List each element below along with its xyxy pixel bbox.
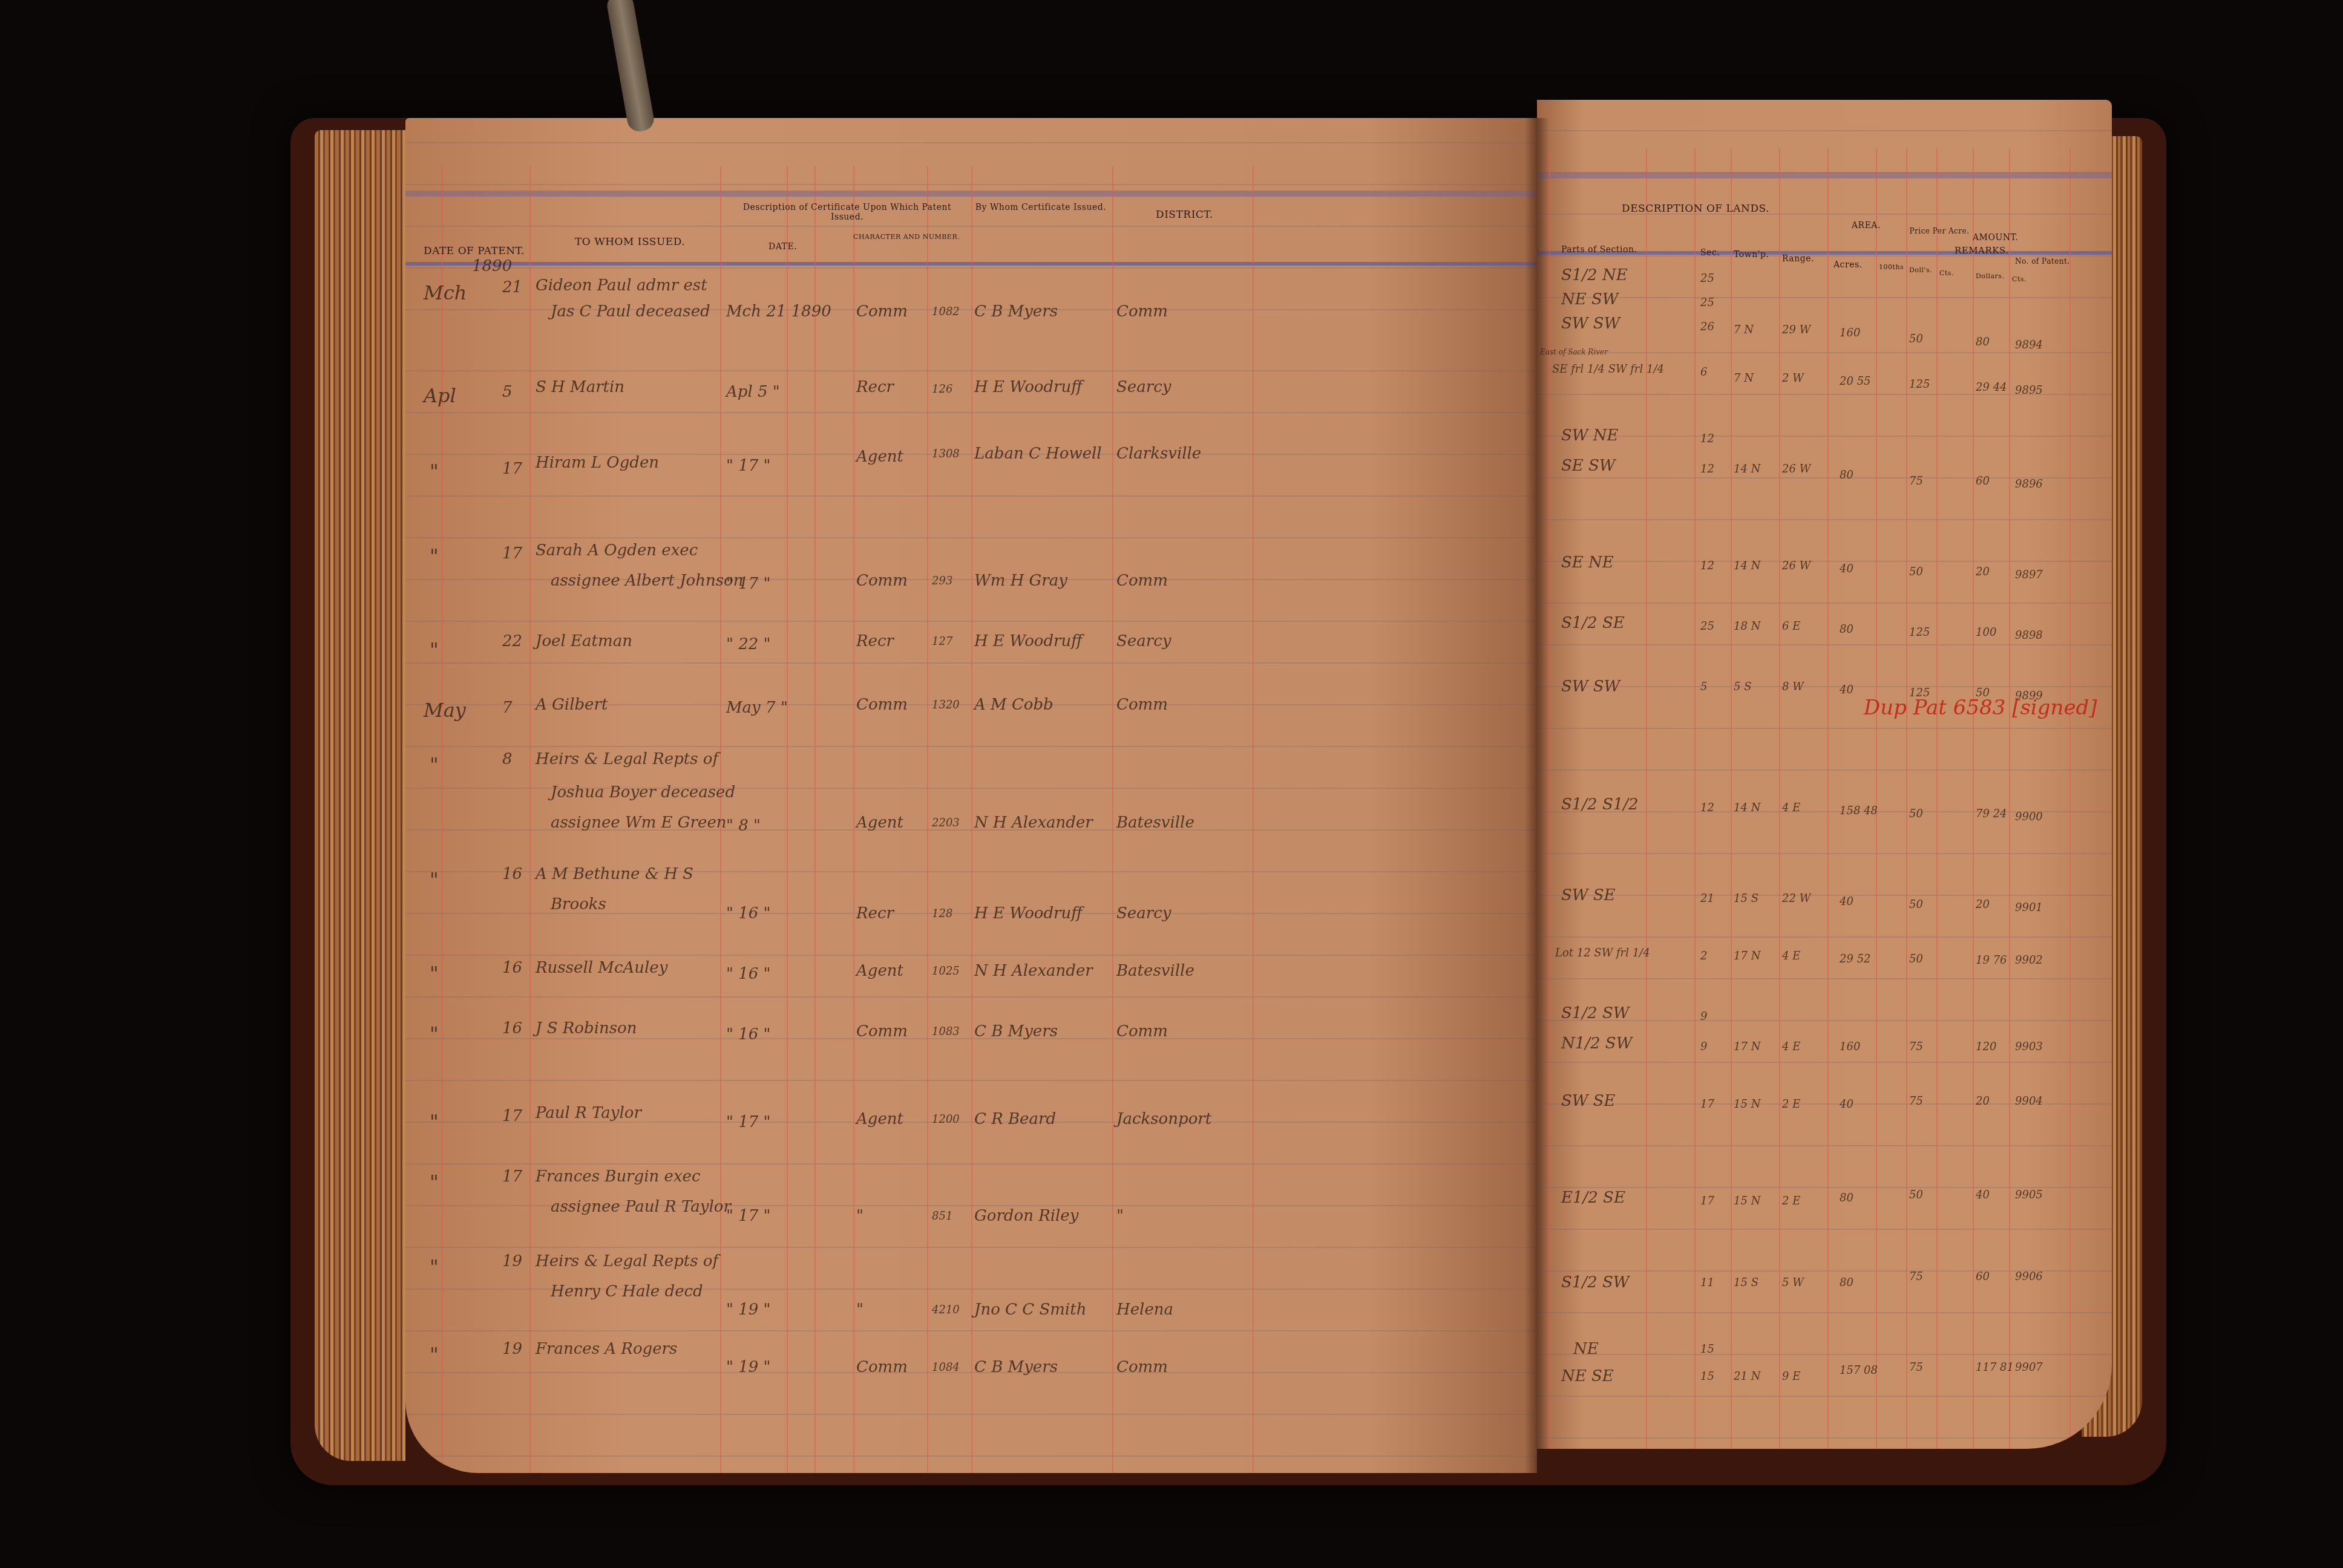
header-description-of-lands: DESCRIPTION OF LANDS. xyxy=(1622,203,1769,215)
header-hundredths: 100ths xyxy=(1879,263,1904,271)
header-township: Town'p. xyxy=(1734,250,1769,260)
header-parts-of-section: Parts of Section. xyxy=(1561,245,1637,255)
header-certificate-description: Description of Certificate Upon Which Pa… xyxy=(726,203,968,222)
header-remarks: REMARKS. xyxy=(1955,245,2008,256)
header-character-number: CHARACTER AND NUMBER. xyxy=(853,233,960,241)
ruled-lines xyxy=(1537,100,2112,1449)
header-area: AREA. xyxy=(1852,221,1881,230)
header-price-per-acre: Price Per Acre. xyxy=(1906,227,1973,235)
header-range: Range. xyxy=(1782,254,1814,264)
header-district: DISTRICT. xyxy=(1156,209,1213,221)
remark-duplicate-patent: Dup Pat 6583 [signed] xyxy=(1864,696,2097,720)
left-page: DATE OF PATENT. TO WHOM ISSUED. Descript… xyxy=(405,118,1537,1473)
header-amount: AMOUNT. xyxy=(1973,233,2018,243)
year: 1890 xyxy=(472,257,512,275)
page-edges-left xyxy=(315,130,405,1461)
page-weight-strip xyxy=(605,0,655,133)
header-price-cents: Cts. xyxy=(1939,269,1954,277)
header-cents: Cts. xyxy=(2012,275,2027,283)
header-by-whom: By Whom Certificate Issued. xyxy=(974,203,1107,212)
header-sec: Sec. xyxy=(1700,248,1720,258)
book-gutter xyxy=(1525,118,1549,1473)
header-dollars: Dollars. xyxy=(1976,272,2004,280)
header-date-of-patent: DATE OF PATENT. xyxy=(424,245,525,257)
right-sheet: DESCRIPTION OF LANDS. Parts of Section. … xyxy=(1537,100,2112,1449)
header-price-dollars: Doll's. xyxy=(1909,266,1932,274)
header-cert-date: DATE. xyxy=(768,242,797,252)
header-to-whom-issued: TO WHOM ISSUED. xyxy=(575,236,685,248)
header-acres: Acres. xyxy=(1833,260,1863,270)
header-no-of-patent: No. of Patent. xyxy=(2015,257,2070,266)
